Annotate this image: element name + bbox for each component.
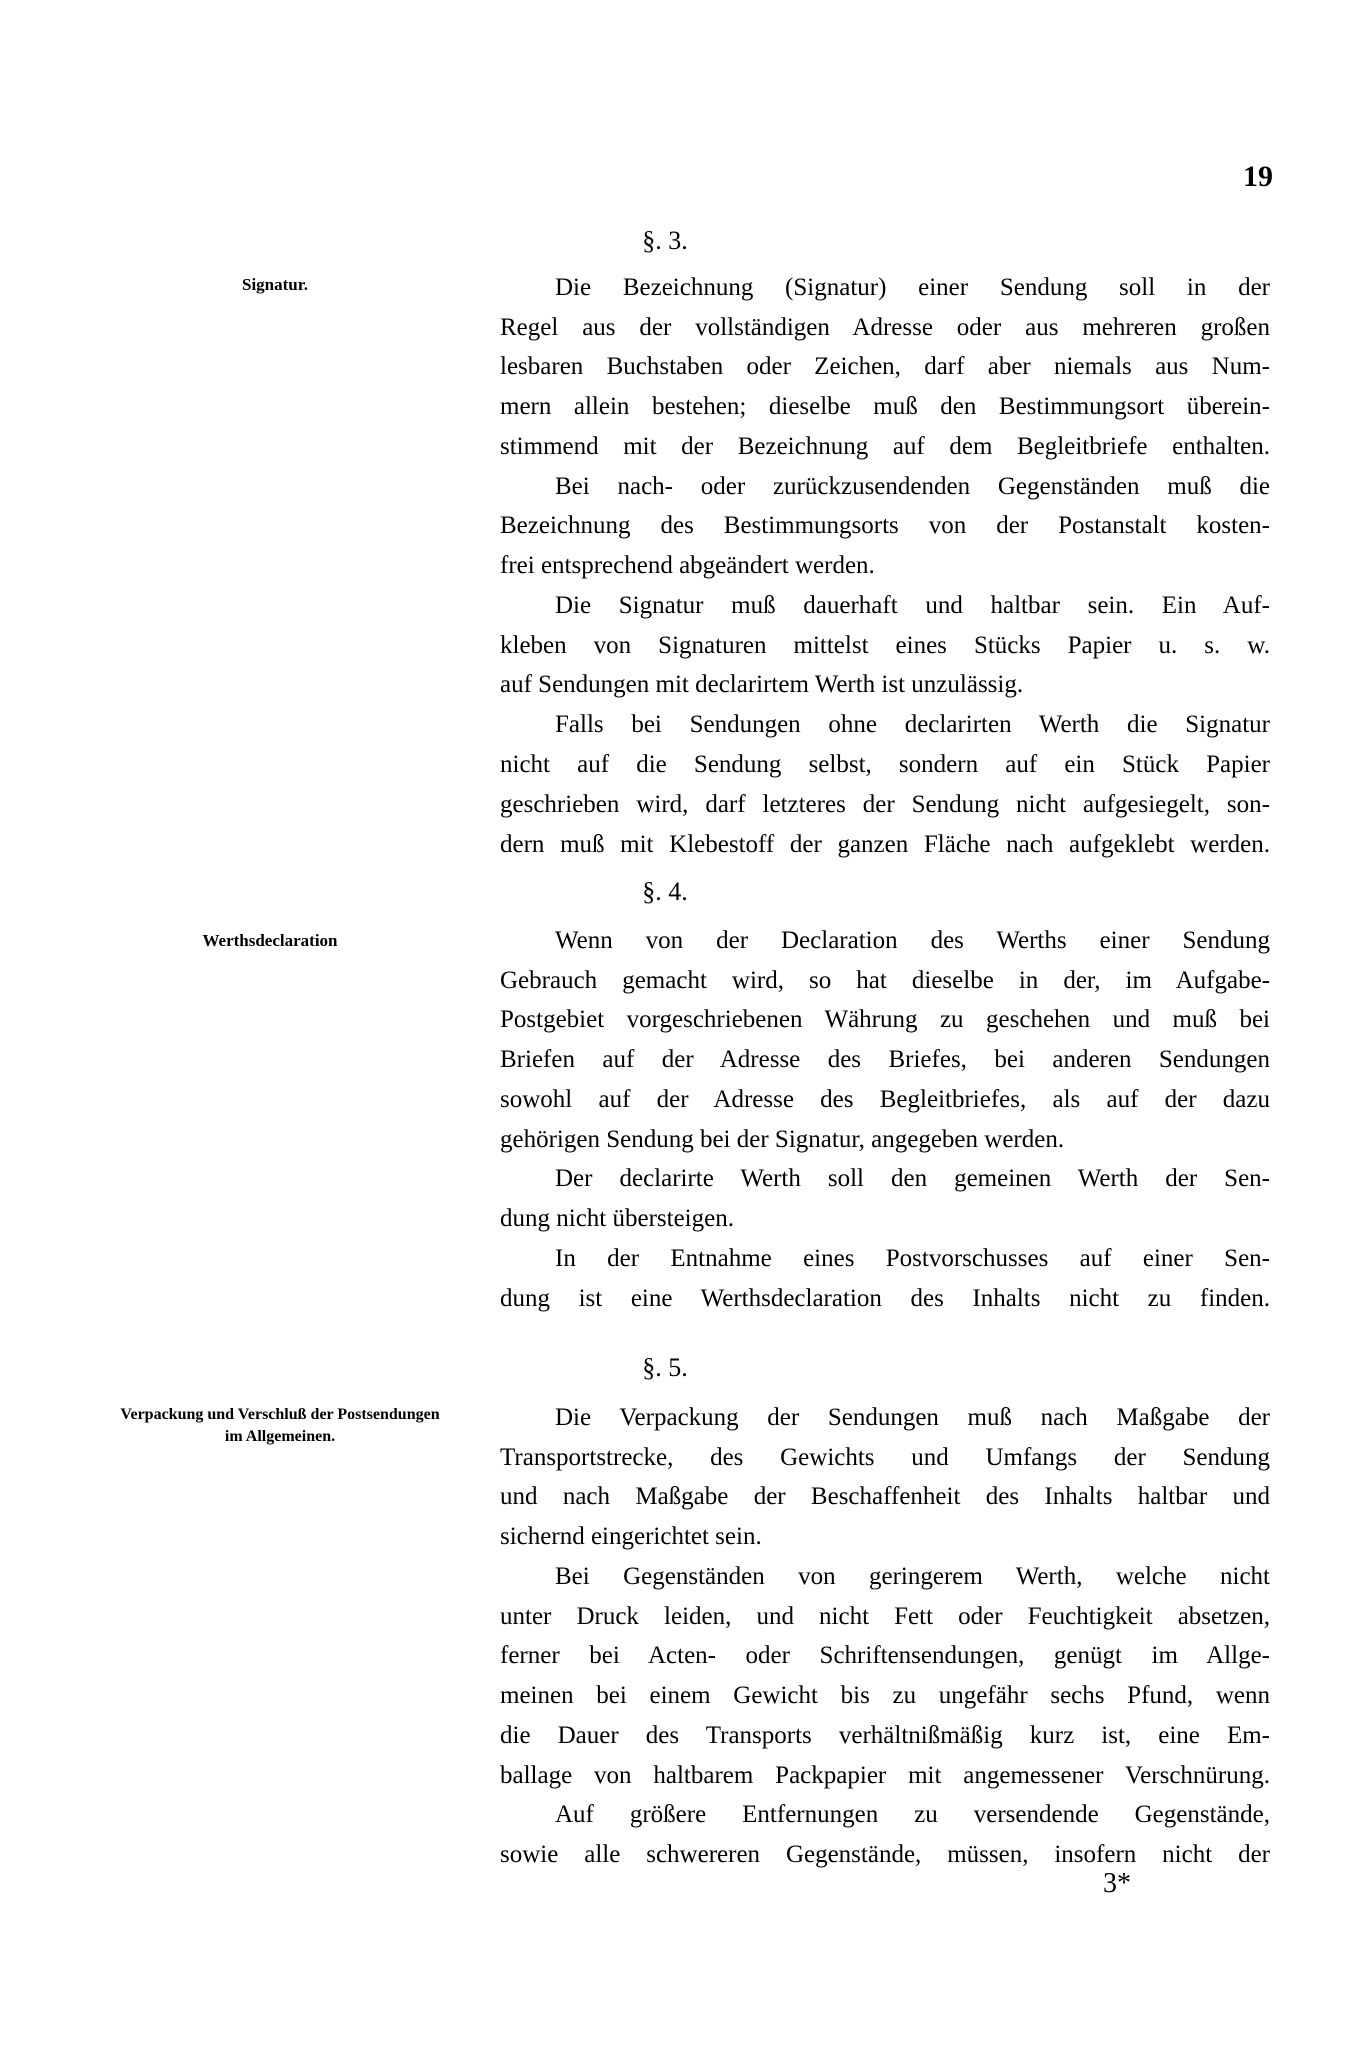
body-line: Briefen auf der Adresse des Briefes, bei… [500,1045,1270,1075]
body-line: Die Bezeichnung (Signatur) einer Sendung… [555,273,1270,303]
body-line: In der Entnahme eines Postvorschusses au… [555,1244,1270,1274]
body-line: dung ist eine Werthsdeclaration des Inha… [500,1284,1270,1314]
body-line: frei entsprechend abgeändert werden. [500,551,1270,581]
sidenote-verpackung-line-2: im Allgemeinen. [60,1426,500,1448]
body-line: geschrieben wird, darf letzteres der Sen… [500,790,1270,820]
body-line: Gebrauch gemacht wird, so hat dieselbe i… [500,966,1270,996]
body-line: Bei Gegenständen von geringerem Werth, w… [555,1562,1270,1592]
section-heading-3: §. 3. [395,226,935,256]
body-line: sowie alle schwereren Gegenstände, müsse… [500,1840,1270,1870]
body-line: dern muß mit Klebestoff der ganzen Fläch… [500,830,1270,860]
body-line: und nach Maßgabe der Beschaffenheit des … [500,1482,1270,1512]
body-line: ballage von haltbarem Packpapier mit ang… [500,1761,1270,1791]
body-line: Die Signatur muß dauerhaft und haltbar s… [555,591,1270,621]
body-line: Bezeichnung des Bestimmungsorts von der … [500,511,1270,541]
section-heading-4: §. 4. [395,877,935,907]
body-line: lesbaren Buchstaben oder Zeichen, darf a… [500,352,1270,382]
body-line: sichernd eingerichtet sein. [500,1522,1270,1552]
body-line: Auf größere Entfernungen zu versendende … [555,1800,1270,1830]
body-line: nicht auf die Sendung selbst, sondern au… [500,750,1270,780]
body-line: Falls bei Sendungen ohne declarirten Wer… [555,710,1270,740]
body-line: Regel aus der vollständigen Adresse oder… [500,313,1270,343]
body-line: die Dauer des Transports verhältnißmäßig… [500,1721,1270,1751]
sidenote-signatur: Signatur. [200,274,350,296]
body-line: sowohl auf der Adresse des Begleitbriefe… [500,1085,1270,1115]
body-line: Der declarirte Werth soll den gemeinen W… [555,1164,1270,1194]
page-number: 19 [1243,160,1273,194]
sidenote-verpackung: Verpackung und Verschluß der Postsendung… [60,1404,500,1448]
signature-mark: 3* [1103,1868,1131,1900]
body-line: meinen bei einem Gewicht bis zu ungefähr… [500,1681,1270,1711]
body-line: unter Druck leiden, und nicht Fett oder … [500,1602,1270,1632]
body-line: Transportstrecke, des Gewichts und Umfan… [500,1443,1270,1473]
body-line: Postgebiet vorgeschriebenen Währung zu g… [500,1005,1270,1035]
body-line: Wenn von der Declaration des Werths eine… [555,926,1270,956]
section-heading-5: §. 5. [395,1353,935,1383]
body-line: mern allein bestehen; dieselbe muß den B… [500,392,1270,422]
body-line: Die Verpackung der Sendungen muß nach Ma… [555,1403,1270,1433]
body-line: gehörigen Sendung bei der Signatur, ange… [500,1125,1270,1155]
body-line: auf Sendungen mit declarirtem Werth ist … [500,670,1270,700]
body-line: dung nicht übersteigen. [500,1204,1270,1234]
body-line: stimmend mit der Bezeichnung auf dem Beg… [500,432,1270,462]
sidenote-werthsdeclaration: Werthsdeclaration [170,930,370,952]
body-line: Bei nach- oder zurückzusendenden Gegenst… [555,472,1270,502]
body-line: kleben von Signaturen mittelst eines Stü… [500,631,1270,661]
sidenote-verpackung-line-1: Verpackung und Verschluß der Postsendung… [60,1404,500,1426]
body-line: ferner bei Acten- oder Schriftensendunge… [500,1641,1270,1671]
